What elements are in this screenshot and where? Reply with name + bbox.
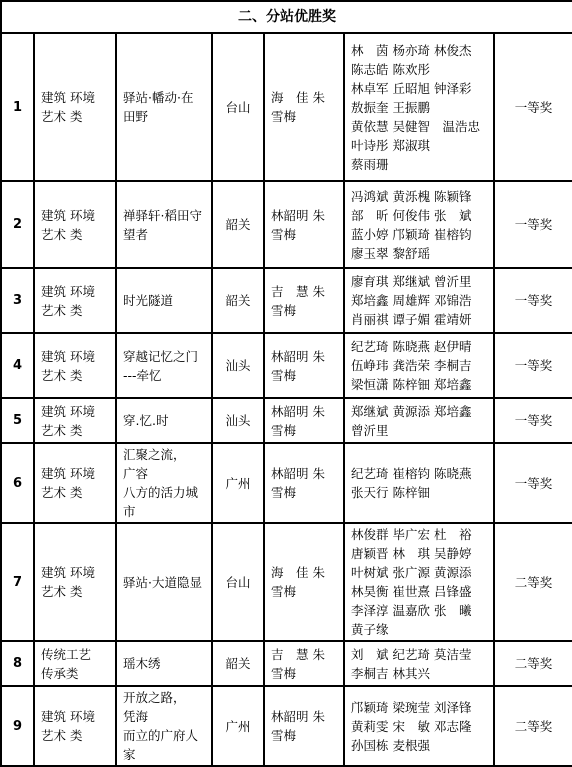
station-cell: 广州 <box>212 443 264 523</box>
station-cell: 台山 <box>212 523 264 641</box>
work-title-cell: 穿.忆.时 <box>116 398 212 443</box>
work-title-cell: 禅驿轩·稻田守 望者 <box>116 181 212 268</box>
awards-table: 二、分站优胜奖 1 建筑 环境 艺术 类 驿站·幡动·在 田野 台山 海 佳 朱… <box>0 0 572 767</box>
table-row: 8 传统工艺 传承类 瑶木绣 韶关 吉 慧 朱 雪梅 刘 斌 纪艺琦 莫洁莹 李… <box>1 641 572 686</box>
work-title-cell: 驿站·幡动·在 田野 <box>116 33 212 181</box>
award-cell: 一等奖 <box>494 333 572 398</box>
station-cell: 韶关 <box>212 181 264 268</box>
instructor-cell: 吉 慧 朱 雪梅 <box>264 641 344 686</box>
section-header-row: 二、分站优胜奖 <box>1 1 572 33</box>
station-cell: 广州 <box>212 686 264 766</box>
participants-cell: 冯鸿斌 黄泺槐 陈颖锋 部 昕 何俊伟 张 斌 蓝小婷 邝颖琦 崔榕钧 廖玉翠 … <box>344 181 494 268</box>
award-cell: 二等奖 <box>494 523 572 641</box>
station-cell: 韶关 <box>212 268 264 333</box>
participants-cell: 纪艺琦 崔榕钧 陈晓燕 张天行 陈梓钿 <box>344 443 494 523</box>
instructor-cell: 林韶明 朱 雪梅 <box>264 181 344 268</box>
instructor-cell: 海 佳 朱 雪梅 <box>264 523 344 641</box>
category-cell: 建筑 环境 艺术 类 <box>34 181 116 268</box>
category-cell: 建筑 环境 艺术 类 <box>34 443 116 523</box>
serial-cell: 4 <box>1 333 34 398</box>
participants-cell: 廖育琪 郑继斌 曾沂里 郑培鑫 周雄辉 邓锦浩 肖丽祺 谭子媚 霍靖妍 <box>344 268 494 333</box>
instructor-cell: 吉 慧 朱 雪梅 <box>264 268 344 333</box>
award-cell: 一等奖 <box>494 33 572 181</box>
category-cell: 建筑 环境 艺术 类 <box>34 268 116 333</box>
work-title-cell: 驿站·大道隐显 <box>116 523 212 641</box>
category-cell: 传统工艺 传承类 <box>34 641 116 686</box>
table-row: 4 建筑 环境 艺术 类 穿越记忆之门 ---牵忆 汕头 林韶明 朱 雪梅 纪艺… <box>1 333 572 398</box>
serial-cell: 9 <box>1 686 34 766</box>
instructor-cell: 林韶明 朱 雪梅 <box>264 398 344 443</box>
station-cell: 汕头 <box>212 333 264 398</box>
serial-cell: 6 <box>1 443 34 523</box>
award-cell: 一等奖 <box>494 443 572 523</box>
serial-cell: 7 <box>1 523 34 641</box>
work-title-cell: 瑶木绣 <box>116 641 212 686</box>
category-cell: 建筑 环境 艺术 类 <box>34 686 116 766</box>
table-row: 6 建筑 环境 艺术 类 汇聚之流，广容 八方的活力城 市 广州 林韶明 朱 雪… <box>1 443 572 523</box>
station-cell: 汕头 <box>212 398 264 443</box>
award-cell: 一等奖 <box>494 268 572 333</box>
award-cell: 二等奖 <box>494 641 572 686</box>
award-cell: 一等奖 <box>494 181 572 268</box>
instructor-cell: 林韶明 朱 雪梅 <box>264 333 344 398</box>
table-section-title: 二、分站优胜奖 <box>1 1 572 33</box>
table-row: 2 建筑 环境 艺术 类 禅驿轩·稻田守 望者 韶关 林韶明 朱 雪梅 冯鸿斌 … <box>1 181 572 268</box>
work-title-cell: 开放之路，凭海 而立的广府人 家 <box>116 686 212 766</box>
participants-cell: 林 茵 杨亦琦 林俊杰 陈志皓 陈欢彤 林卓军 丘昭旭 钟泽彩 敖振奎 王振鹏 … <box>344 33 494 181</box>
instructor-cell: 林韶明 朱 雪梅 <box>264 443 344 523</box>
table-row: 9 建筑 环境 艺术 类 开放之路，凭海 而立的广府人 家 广州 林韶明 朱 雪… <box>1 686 572 766</box>
instructor-cell: 海 佳 朱 雪梅 <box>264 33 344 181</box>
participants-cell: 林俊群 毕广宏 杜 裕 唐颖晋 林 琪 吴静婷 叶树斌 张广源 黄源添 林昊衡 … <box>344 523 494 641</box>
participants-cell: 邝颖琦 梁琬莹 刘泽锋 黄莉雯 宋 敏 邓志隆 孙国栋 麦根强 <box>344 686 494 766</box>
participants-cell: 纪艺琦 陈晓燕 赵伊晴 伍峥玮 龚浩荣 李桐吉 梁恒潇 陈梓钿 郑培鑫 <box>344 333 494 398</box>
work-title-cell: 穿越记忆之门 ---牵忆 <box>116 333 212 398</box>
table-row: 7 建筑 环境 艺术 类 驿站·大道隐显 台山 海 佳 朱 雪梅 林俊群 毕广宏… <box>1 523 572 641</box>
work-title-cell: 汇聚之流，广容 八方的活力城 市 <box>116 443 212 523</box>
serial-cell: 8 <box>1 641 34 686</box>
table-row: 1 建筑 环境 艺术 类 驿站·幡动·在 田野 台山 海 佳 朱 雪梅 林 茵 … <box>1 33 572 181</box>
table-row: 5 建筑 环境 艺术 类 穿.忆.时 汕头 林韶明 朱 雪梅 郑继斌 黄源添 郑… <box>1 398 572 443</box>
participants-cell: 郑继斌 黄源添 郑培鑫 曾沂里 <box>344 398 494 443</box>
serial-cell: 5 <box>1 398 34 443</box>
serial-cell: 2 <box>1 181 34 268</box>
category-cell: 建筑 环境 艺术 类 <box>34 398 116 443</box>
serial-cell: 1 <box>1 33 34 181</box>
category-cell: 建筑 环境 艺术 类 <box>34 33 116 181</box>
work-title-cell: 时光隧道 <box>116 268 212 333</box>
award-cell: 一等奖 <box>494 398 572 443</box>
station-cell: 韶关 <box>212 641 264 686</box>
station-cell: 台山 <box>212 33 264 181</box>
instructor-cell: 林韶明 朱 雪梅 <box>264 686 344 766</box>
serial-cell: 3 <box>1 268 34 333</box>
table-row: 3 建筑 环境 艺术 类 时光隧道 韶关 吉 慧 朱 雪梅 廖育琪 郑继斌 曾沂… <box>1 268 572 333</box>
participants-cell: 刘 斌 纪艺琦 莫洁莹 李桐吉 林其兴 <box>344 641 494 686</box>
category-cell: 建筑 环境 艺术 类 <box>34 333 116 398</box>
category-cell: 建筑 环境 艺术 类 <box>34 523 116 641</box>
award-cell: 二等奖 <box>494 686 572 766</box>
